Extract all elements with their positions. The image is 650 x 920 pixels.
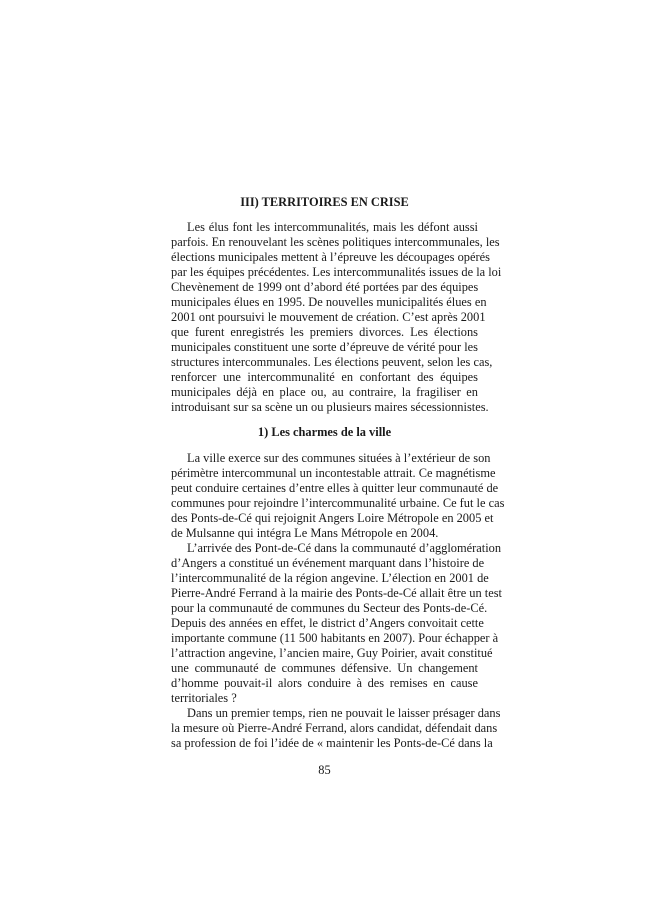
subsection-title: 1) Les charmes de la ville — [171, 425, 478, 440]
text-line: La ville exerce sur des communes situées… — [171, 451, 478, 466]
paragraph-intro: Les élus font les intercommunalités, mai… — [171, 220, 478, 415]
text-line: Depuis des années en effet, le district … — [171, 616, 478, 631]
text-line: renforcer une intercommunalité en confor… — [171, 370, 478, 385]
text-line: municipales élues en 1995. De nouvelles … — [171, 295, 478, 310]
text-line: d’Angers a constitué un événement marqua… — [171, 556, 478, 571]
text-line: sa profession de foi l’idée de « mainten… — [171, 736, 478, 751]
text-line: l’intercommunalité de la région angevine… — [171, 571, 478, 586]
text-line: d’homme pouvait-il alors conduire à des … — [171, 676, 478, 691]
text-line: Les élus font les intercommunalités, mai… — [171, 220, 478, 235]
text-line: L’arrivée des Pont-de-Cé dans la communa… — [171, 541, 478, 556]
text-line: Pierre-André Ferrand à la mairie des Pon… — [171, 586, 478, 601]
text-line: peut conduire certaines d’entre elles à … — [171, 481, 478, 496]
text-line: une communauté de communes défensive. Un… — [171, 661, 478, 676]
text-line: que furent enregistrés les premiers divo… — [171, 325, 478, 340]
text-line: municipales déjà en place ou, au contrai… — [171, 385, 478, 400]
text-line: territoriales ? — [171, 691, 478, 706]
text-line: introduisant sur sa scène un ou plusieur… — [171, 400, 478, 415]
text-line: périmètre intercommunal un incontestable… — [171, 466, 478, 481]
text-line: Dans un premier temps, rien ne pouvait l… — [171, 706, 478, 721]
page-number: 85 — [171, 763, 478, 778]
text-line: municipales constituent une sorte d’épre… — [171, 340, 478, 355]
section-title: III) TERRITOIRES EN CRISE — [171, 195, 478, 210]
paragraph-city-attraction: La ville exerce sur des communes situées… — [171, 451, 478, 541]
text-line: l’attraction angevine, l’ancien maire, G… — [171, 646, 478, 661]
text-line: pour la communauté de communes du Secteu… — [171, 601, 478, 616]
text-line: structures intercommunales. Les élection… — [171, 355, 478, 370]
text-line: la mesure où Pierre-André Ferrand, alors… — [171, 721, 478, 736]
text-line: des Ponts-de-Cé qui rejoignit Angers Loi… — [171, 511, 478, 526]
book-page: III) TERRITOIRES EN CRISE Les élus font … — [171, 195, 478, 778]
text-line: élections municipales mettent à l’épreuv… — [171, 250, 478, 265]
paragraph-ponts-de-ce: L’arrivée des Pont-de-Cé dans la communa… — [171, 541, 478, 706]
paragraph-first-time: Dans un premier temps, rien ne pouvait l… — [171, 706, 478, 751]
text-line: parfois. En renouvelant les scènes polit… — [171, 235, 478, 250]
text-line: Chevènement de 1999 ont d’abord été port… — [171, 280, 478, 295]
text-line: par les équipes précédentes. Les interco… — [171, 265, 478, 280]
text-line: importante commune (11 500 habitants en … — [171, 631, 478, 646]
text-line: de Mulsanne qui intégra Le Mans Métropol… — [171, 526, 478, 541]
text-line: communes pour rejoindre l’intercommunali… — [171, 496, 478, 511]
text-line: 2001 ont poursuivi le mouvement de créat… — [171, 310, 478, 325]
